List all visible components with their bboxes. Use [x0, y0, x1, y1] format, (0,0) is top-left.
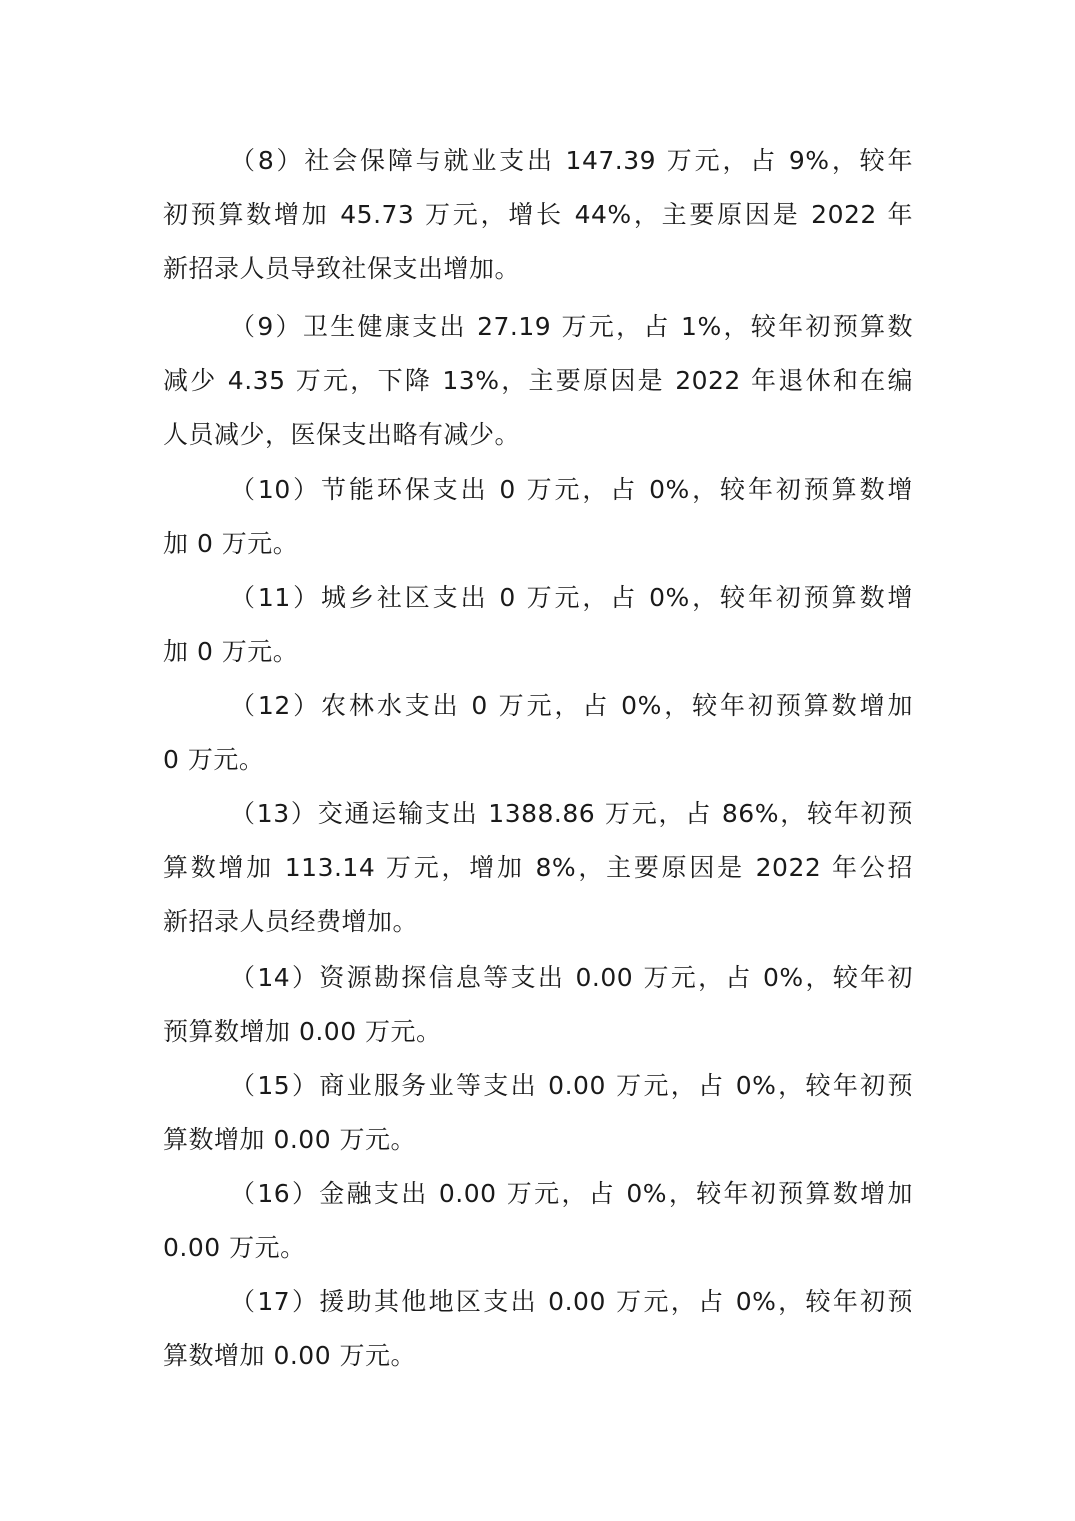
text-line: 减少 4.35 万元，下降 13%，主要原因是 2022 年退休和在编 — [163, 361, 913, 401]
text-line: （15）商业服务业等支出 0.00 万元，占 0%，较年初预 — [230, 1066, 913, 1106]
text-line: （17）援助其他地区支出 0.00 万元，占 0%，较年初预 — [230, 1282, 913, 1322]
text-line: （9）卫生健康支出 27.19 万元，占 1%，较年初预算数 — [230, 307, 913, 347]
text-line: 人员减少，医保支出略有减少。 — [163, 415, 913, 455]
text-line: 0 万元。 — [163, 740, 913, 780]
text-line: （12）农林水支出 0 万元，占 0%，较年初预算数增加 — [230, 686, 913, 726]
document-page: （8）社会保障与就业支出 147.39 万元，占 9%，较年 初预算数增加 45… — [0, 0, 1075, 1521]
text-line: （10）节能环保支出 0 万元，占 0%，较年初预算数增 — [230, 470, 913, 510]
text-line: 算数增加 0.00 万元。 — [163, 1120, 913, 1160]
text-line: （8）社会保障与就业支出 147.39 万元，占 9%，较年 — [230, 141, 913, 181]
text-line: 加 0 万元。 — [163, 632, 913, 672]
text-line: 新招录人员导致社保支出增加。 — [163, 249, 913, 289]
text-line: 0.00 万元。 — [163, 1228, 913, 1268]
text-line: （16）金融支出 0.00 万元，占 0%，较年初预算数增加 — [230, 1174, 913, 1214]
text-line: 算数增加 0.00 万元。 — [163, 1336, 913, 1376]
text-line: 新招录人员经费增加。 — [163, 902, 913, 942]
text-line: 算数增加 113.14 万元，增加 8%，主要原因是 2022 年公招 — [163, 848, 913, 888]
text-line: （14）资源勘探信息等支出 0.00 万元，占 0%，较年初 — [230, 958, 913, 998]
text-line: 预算数增加 0.00 万元。 — [163, 1012, 913, 1052]
text-line: 加 0 万元。 — [163, 524, 913, 564]
text-line: （13）交通运输支出 1388.86 万元，占 86%，较年初预 — [230, 794, 913, 834]
text-line: 初预算数增加 45.73 万元，增长 44%，主要原因是 2022 年 — [163, 195, 913, 235]
text-line: （11）城乡社区支出 0 万元，占 0%，较年初预算数增 — [230, 578, 913, 618]
